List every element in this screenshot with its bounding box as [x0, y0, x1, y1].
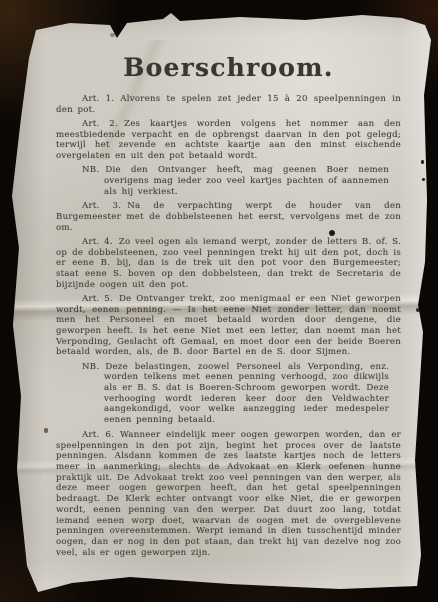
edge-speck — [416, 308, 420, 312]
paragraph-label: NB. — [82, 362, 105, 372]
paragraph: Art. 3.Na de verpachting werpt de houder… — [56, 201, 401, 233]
paragraph: Art. 4.Zo veel ogen als iemand werpt, zo… — [56, 237, 401, 291]
paragraph-label: Art. 1. — [82, 94, 120, 104]
paragraph-label: Art. 6. — [82, 430, 120, 440]
paragraph: Art. 5.De Ontvanger trekt, zoo menigmaal… — [56, 294, 401, 358]
paragraph: Art. 2.Zes kaartjes worden volgens het n… — [56, 119, 401, 162]
edge-speck — [422, 178, 425, 181]
paragraph: Art. 6.Wanneer eindelijk meer oogen gewo… — [56, 430, 401, 558]
paragraph: NB.Die den Ontvanger heeft, mag geenen B… — [56, 165, 401, 197]
paragraph-label: NB. — [82, 165, 105, 175]
paragraph-label: Art. 2. — [82, 119, 124, 129]
paper-sheet: Boerschroom. Art. 1.Alvorens te spelen z… — [0, 0, 438, 602]
document-content: Boerschroom. Art. 1.Alvorens te spelen z… — [56, 54, 401, 562]
paragraph: NB.Deze belastingen, zoowel Personeel al… — [56, 362, 401, 426]
paper-tear-shadow — [110, 33, 115, 37]
photo-background: Boerschroom. Art. 1.Alvorens te spelen z… — [0, 0, 438, 602]
page-title: Boerschroom. — [56, 54, 401, 81]
paragraph-label: Art. 3. — [82, 201, 127, 211]
paragraph-text: Wanneer eindelijk meer oogen geworpen wo… — [56, 430, 401, 558]
text-block: Art. 1.Alvorens te spelen zet jeder 15 à… — [56, 94, 401, 558]
paragraph-label: Art. 5. — [82, 294, 119, 304]
paragraph-text: Deze belastingen, zoowel Personeel als V… — [104, 362, 389, 426]
paragraph-label: Art. 4. — [82, 237, 119, 247]
paper-stain — [44, 428, 48, 433]
edge-speck — [421, 160, 424, 164]
paragraph-text: Die den Ontvanger heeft, mag geenen Boer… — [104, 165, 389, 196]
paragraph: Art. 1.Alvorens te spelen zet jeder 15 à… — [56, 94, 401, 115]
